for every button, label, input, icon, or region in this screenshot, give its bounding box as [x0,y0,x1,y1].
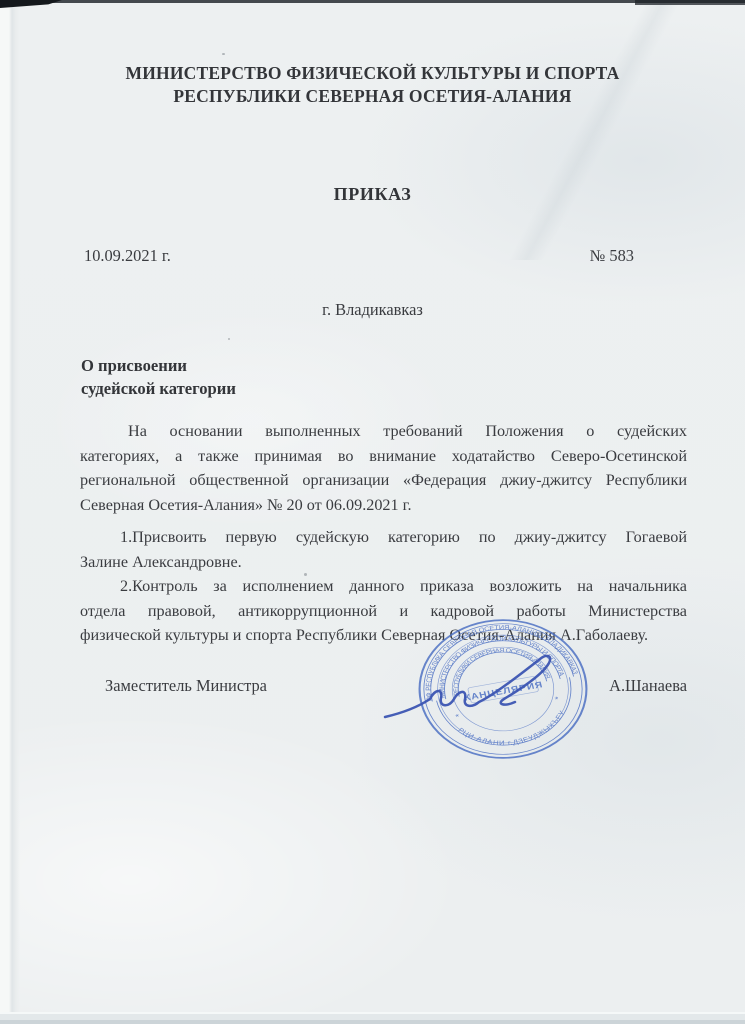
document-date: 10.09.2021 г. [84,246,171,266]
scan-edge-top [0,0,745,3]
preamble-line: Северная Осетия-Алания» № 20 от 06.09.20… [80,493,687,518]
document-subject: О присвоении судейской категории [81,354,236,400]
order-item-1-line: Залине Александровне. [80,550,687,575]
date-number-row: 10.09.2021 г. № 583 [80,246,686,266]
scan-speck [228,338,230,340]
document-number: № 583 [590,246,634,266]
document-body: На основании выполненных требований Поло… [80,419,687,648]
ministry-letterhead: МИНИСТЕРСТВО ФИЗИЧЕСКОЙ КУЛЬТУРЫ И СПОРТ… [0,62,745,108]
preamble-line: На основании выполненных требований Поло… [80,419,687,444]
scan-edge-bottom [0,1012,745,1024]
document-city: г. Владикавказ [0,300,745,320]
document-title: ПРИКАЗ [0,184,745,205]
ministry-name-line2: РЕСПУБЛИКИ СЕВЕРНАЯ ОСЕТИЯ-АЛАНИЯ [0,85,745,108]
subject-line2: судейской категории [81,377,236,400]
order-item-1-line: 1.Присвоить первую судейскую категорию п… [80,525,687,550]
scan-edge-left [0,0,20,1024]
order-item-2-line: 2.Контроль за исполнением данного приказ… [80,574,687,599]
scan-speck [222,53,225,55]
handwritten-signature [382,645,558,727]
signer-name: А.Шанаева [609,676,687,696]
ministry-name-line1: МИНИСТЕРСТВО ФИЗИЧЕСКОЙ КУЛЬТУРЫ И СПОРТ… [0,62,745,85]
scan-edge-top-left [0,0,62,8]
scan-edge-top-right [635,0,745,5]
order-item-2-line: физической культуры и спорта Республики … [80,623,687,648]
order-item-2-line: отдела правовой, антикоррупционной и кад… [80,599,687,624]
preamble-line: региональной общественной организации «Ф… [80,468,687,493]
scanned-document: МИНИСТЕРСТВО ФИЗИЧЕСКОЙ КУЛЬТУРЫ И СПОРТ… [0,0,745,1024]
signer-position: Заместитель Министра [105,676,267,696]
preamble-line: категориях, а также принимая во внимание… [80,444,687,469]
subject-line1: О присвоении [81,354,236,377]
